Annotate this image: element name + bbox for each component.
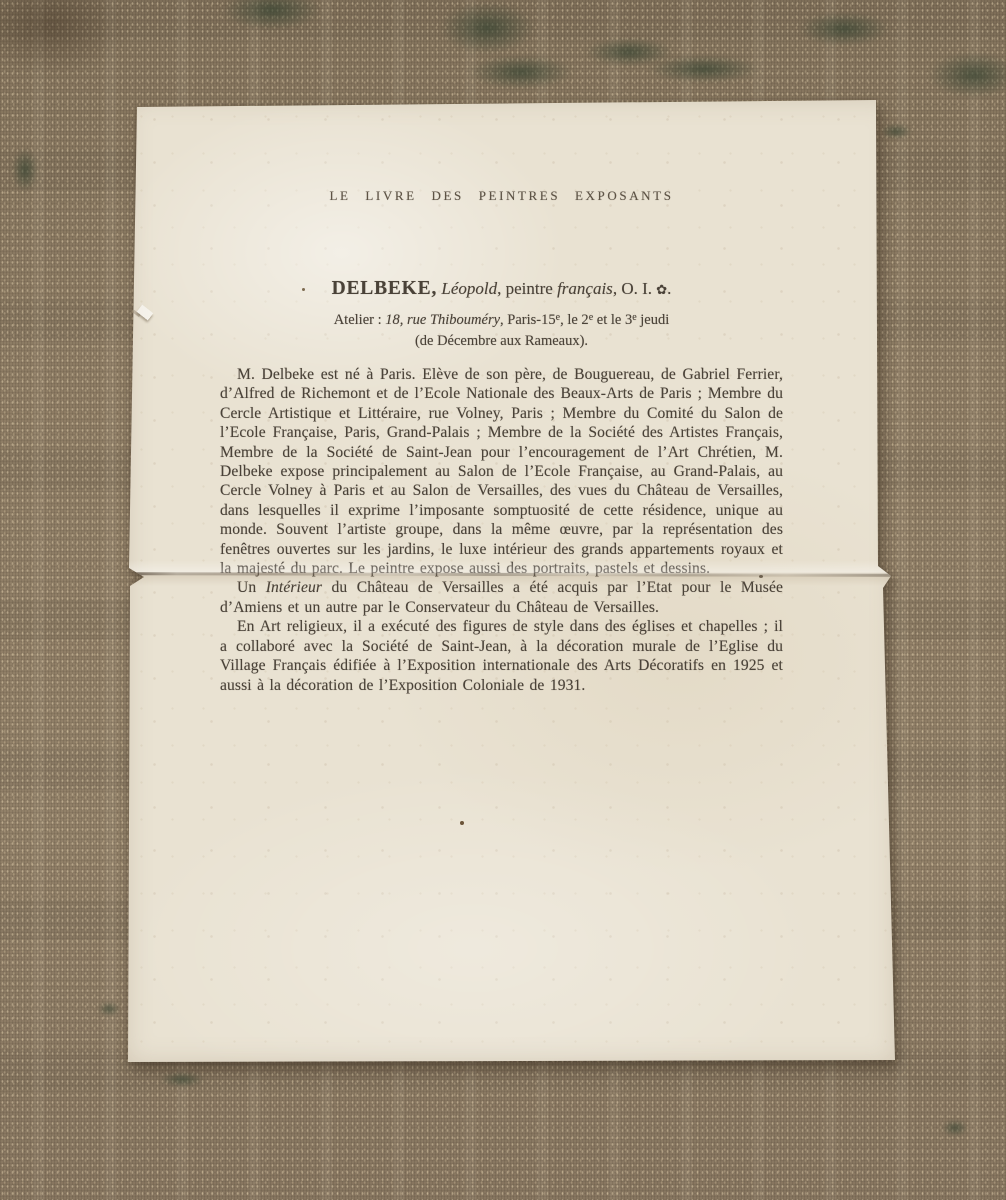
document-page: LE LIVRE DES PEINTRES EXPOSANTS DELBEKE,…: [126, 98, 896, 1064]
fabric-stain: [160, 1072, 204, 1087]
paragraph-religious-art: En Art religieux, il a exécuté des figur…: [220, 617, 783, 695]
ink-speck: [759, 575, 763, 578]
fabric-stain: [942, 1120, 968, 1136]
fabric-stain: [98, 1002, 120, 1016]
paper-blemish: [137, 305, 154, 321]
atelier-line2: (de Décembre aux Rameaux).: [220, 333, 783, 350]
fabric-stain: [222, 0, 322, 30]
fabric-stain: [798, 12, 890, 46]
ink-speck: [460, 821, 464, 825]
atelier-line: Atelier : 18, rue Thibouméry, Paris-15e,…: [206, 312, 797, 329]
photo-scene: LE LIVRE DES PEINTRES EXPOSANTS DELBEKE,…: [0, 0, 1006, 1200]
entry-body: M. Delbeke est né à Paris. Elève de son …: [220, 365, 783, 695]
ink-speck: [302, 288, 305, 291]
fabric-stain: [468, 55, 573, 89]
fabric-stain: [12, 148, 38, 192]
paragraph-biography: M. Delbeke est né à Paris. Elève de son …: [220, 365, 783, 578]
fabric-stain: [648, 55, 760, 83]
series-title: LE LIVRE DES PEINTRES EXPOSANTS: [220, 188, 783, 204]
paper-sheet: LE LIVRE DES PEINTRES EXPOSANTS DELBEKE,…: [126, 98, 896, 1064]
fabric-stain: [0, 0, 130, 75]
fabric-stain: [928, 52, 1006, 98]
fabric-stain: [440, 2, 535, 54]
